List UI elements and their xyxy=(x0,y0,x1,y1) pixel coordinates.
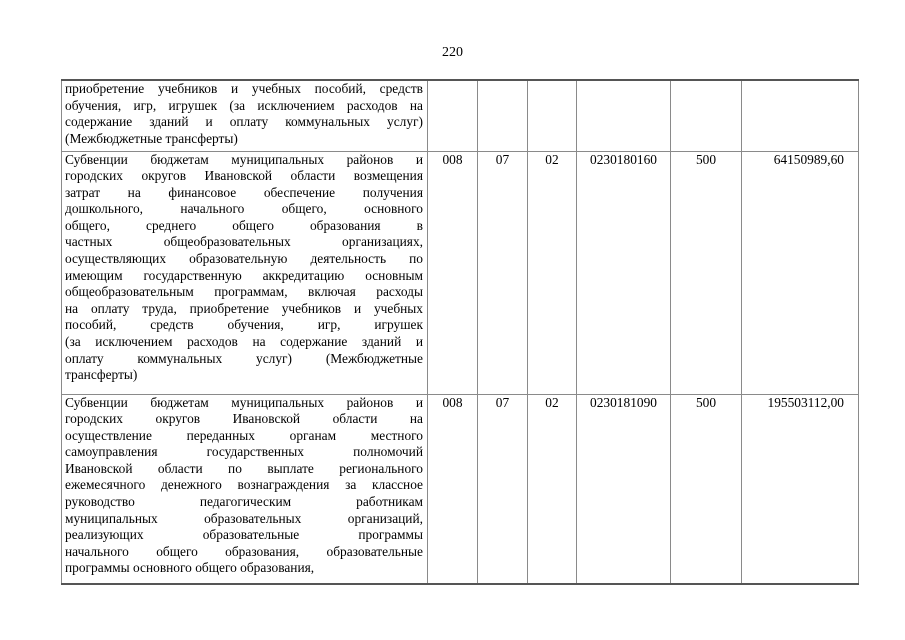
description-line: городских округов Ивановской области на xyxy=(65,411,423,428)
description-line: программы основного общего образования, xyxy=(65,560,423,577)
description-line: оплату коммунальных услуг) (Межбюджетные xyxy=(65,351,423,368)
target-article-cell: 0230180160 xyxy=(577,151,671,394)
description-line: имеющим государственную аккредитацию осн… xyxy=(65,268,423,285)
description-cell: Субвенции бюджетам муниципальных районов… xyxy=(62,394,428,584)
section-code-cell: 07 xyxy=(478,151,528,394)
ministry-code-cell: 008 xyxy=(428,151,478,394)
description-line: дошкольного, начального общего, основног… xyxy=(65,201,423,218)
description-line: ежемесячного денежного вознаграждения за… xyxy=(65,477,423,494)
description-line: начального общего образования, образоват… xyxy=(65,544,423,561)
description-line: трансферты) xyxy=(65,367,423,384)
description-line: затрат на финансовое обеспечение получен… xyxy=(65,185,423,202)
description-line: общего, среднего общего образования в xyxy=(65,218,423,235)
expense-type-cell: 500 xyxy=(671,151,742,394)
description-line: муниципальных образовательных организаци… xyxy=(65,511,423,528)
description-line: общеобразовательным программам, включая … xyxy=(65,284,423,301)
target-article-cell xyxy=(577,80,671,151)
description-line: пособий, средств обучения, игр, игрушек xyxy=(65,317,423,334)
amount-cell xyxy=(742,80,859,151)
table-body: приобретение учебников и учебных пособий… xyxy=(62,80,859,584)
table-row: приобретение учебников и учебных пособий… xyxy=(62,80,859,151)
description-line: приобретение учебников и учебных пособий… xyxy=(65,81,423,98)
ministry-code-cell xyxy=(428,80,478,151)
section-code-cell: 07 xyxy=(478,394,528,584)
description-line: Ивановской области по выплате региональн… xyxy=(65,461,423,478)
description-line: Субвенции бюджетам муниципальных районов… xyxy=(65,395,423,412)
description-line: самоуправления государственных полномочи… xyxy=(65,444,423,461)
description-line: руководство педагогическим работникам xyxy=(65,494,423,511)
description-line: осуществление переданных органам местног… xyxy=(65,428,423,445)
description-line: реализующих образовательные программы xyxy=(65,527,423,544)
budget-table: приобретение учебников и учебных пособий… xyxy=(61,79,859,585)
amount-cell: 64150989,60 xyxy=(742,151,859,394)
description-line: (за исключением расходов на содержание з… xyxy=(65,334,423,351)
description-line: осуществляющих образовательную деятельно… xyxy=(65,251,423,268)
description-line: (Межбюджетные трансферты) xyxy=(65,131,423,148)
subsection-code-cell xyxy=(528,80,577,151)
target-article-cell: 0230181090 xyxy=(577,394,671,584)
expense-type-cell: 500 xyxy=(671,394,742,584)
subsection-code-cell: 02 xyxy=(528,151,577,394)
description-line: городских округов Ивановской области воз… xyxy=(65,168,423,185)
description-line: частных общеобразовательных организациях… xyxy=(65,234,423,251)
amount-cell: 195503112,00 xyxy=(742,394,859,584)
description-line: на оплату труда, приобретение учебников … xyxy=(65,301,423,318)
description-cell: приобретение учебников и учебных пособий… xyxy=(62,80,428,151)
table-row: Субвенции бюджетам муниципальных районов… xyxy=(62,394,859,584)
page-number: 220 xyxy=(0,45,905,61)
description-line: Субвенции бюджетам муниципальных районов… xyxy=(65,152,423,169)
description-cell: Субвенции бюджетам муниципальных районов… xyxy=(62,151,428,394)
section-code-cell xyxy=(478,80,528,151)
expense-type-cell xyxy=(671,80,742,151)
table-row: Субвенции бюджетам муниципальных районов… xyxy=(62,151,859,394)
description-line: обучения, игр, игрушек (за исключением р… xyxy=(65,98,423,115)
description-line: содержание зданий и оплату коммунальных … xyxy=(65,114,423,131)
subsection-code-cell: 02 xyxy=(528,394,577,584)
ministry-code-cell: 008 xyxy=(428,394,478,584)
